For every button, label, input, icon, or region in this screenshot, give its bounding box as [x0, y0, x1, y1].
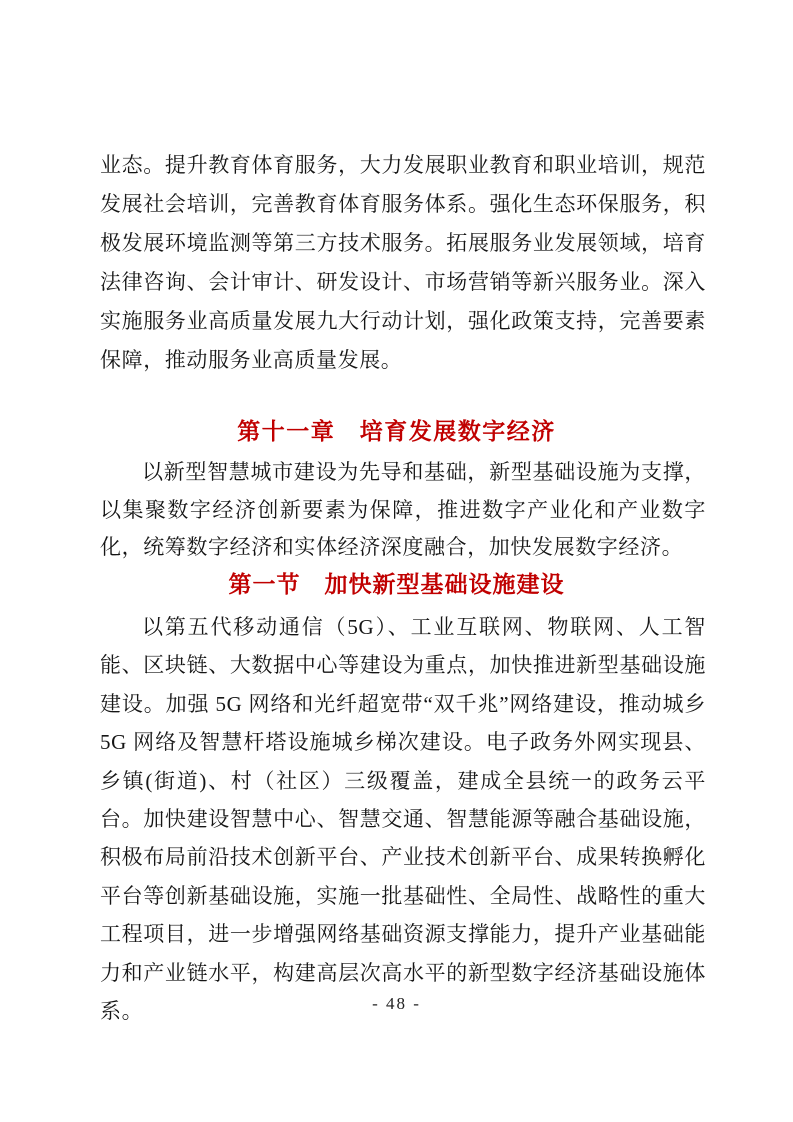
page-number: - 48 -	[0, 994, 793, 1014]
paragraph-service-industry: 业态。提升教育体育服务，大力发展职业教育和职业培训，规范发展社会培训，完善教育体…	[100, 146, 706, 380]
paragraph-digital-economy-intro: 以新型智慧城市建设为先导和基础，新型基础设施为支撑，以集聚数字经济创新要素为保障…	[100, 454, 706, 567]
document-page: 业态。提升教育体育服务，大力发展职业教育和职业培训，规范发展社会培训，完善教育体…	[0, 0, 793, 1122]
section-heading: 第一节 加快新型基础设施建设	[0, 566, 793, 599]
paragraph-new-infrastructure: 以第五代移动通信（5G）、工业互联网、物联网、人工智能、区块链、大数据中心等建设…	[100, 608, 706, 1030]
chapter-heading: 第十一章 培育发展数字经济	[0, 413, 793, 446]
